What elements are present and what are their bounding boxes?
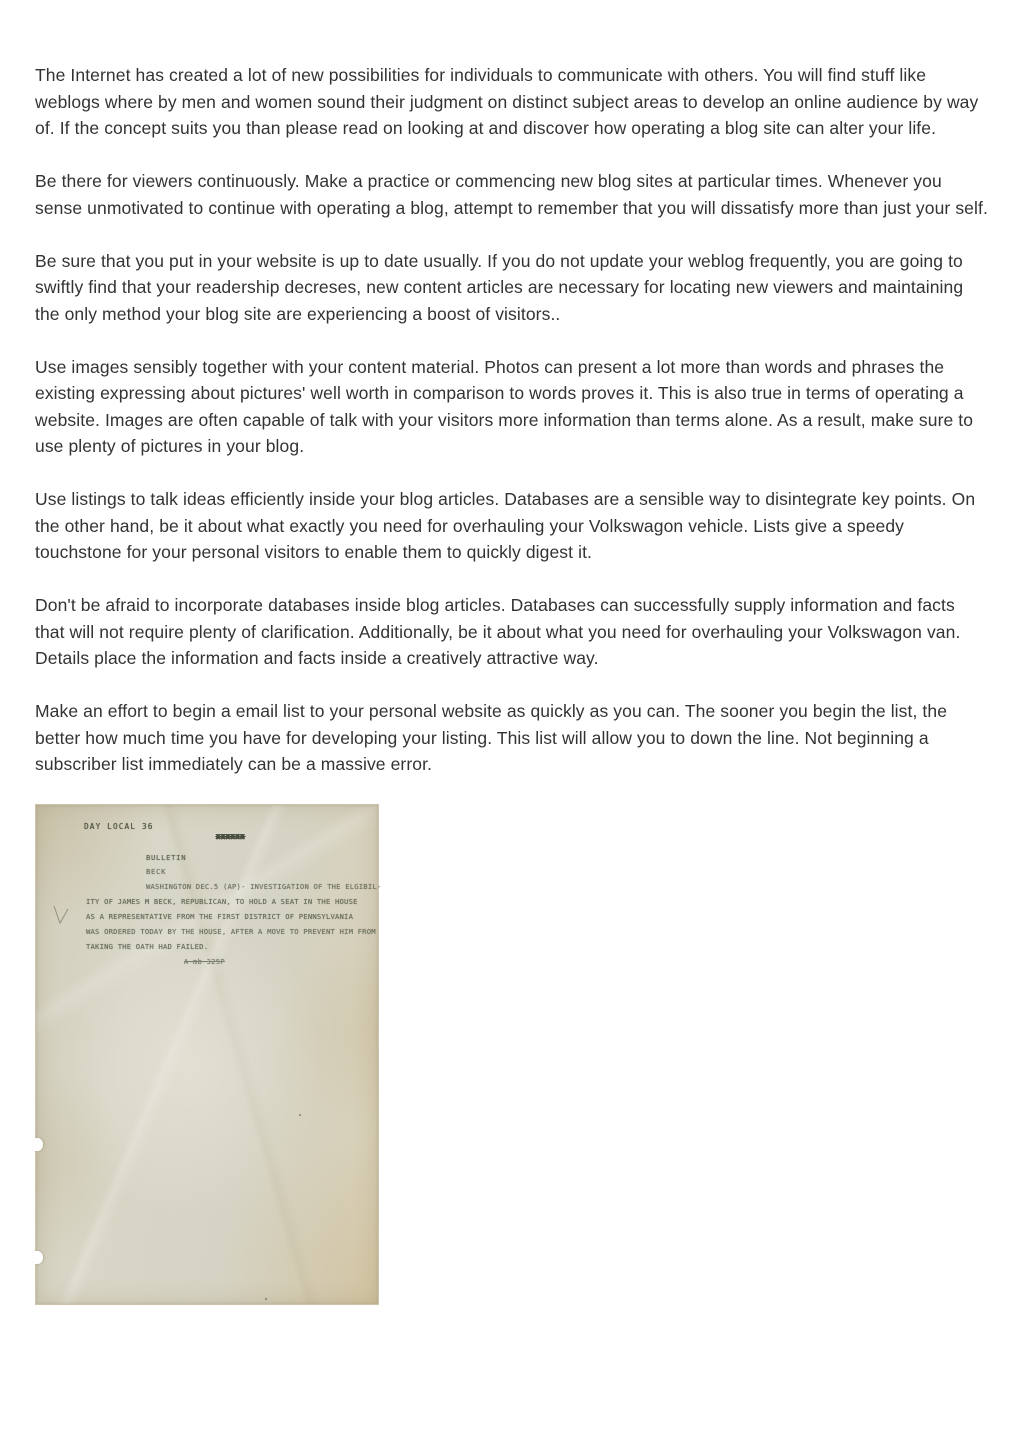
paper-speck xyxy=(265,1298,267,1300)
paper-notch xyxy=(34,1138,43,1151)
telegram-body-line: TAKING THE OATH HAD FAILED. xyxy=(86,943,208,951)
telegram-body-line: AS A REPRESENTATIVE FROM THE FIRST DISTR… xyxy=(86,913,353,921)
handwritten-check-icon xyxy=(52,903,70,927)
paragraph-email-list: Make an effort to begin a email list to … xyxy=(35,698,988,778)
paper-notch xyxy=(34,1251,43,1264)
telegram-image: DAY LOCAL 36 XXXXXX BULLETIN BECK WASHIN… xyxy=(35,804,379,1305)
telegram-body-line: WASHINGTON DEC.5 (AP)- INVESTIGATION OF … xyxy=(146,883,381,891)
paragraph-databases: Don't be afraid to incorporate databases… xyxy=(35,592,988,672)
blog-article-page: The Internet has created a lot of new po… xyxy=(0,0,1024,1449)
telegram-routing-line: DAY LOCAL 36 xyxy=(84,823,154,831)
telegram-body-line: WAS ORDERED TODAY BY THE HOUSE, AFTER A … xyxy=(86,928,376,936)
telegram-slug: BECK xyxy=(146,868,166,876)
paragraph-be-there: Be there for viewers continuously. Make … xyxy=(35,168,988,221)
article-body: The Internet has created a lot of new po… xyxy=(0,0,1024,1305)
telegram-sign-off: A-mb-325P xyxy=(184,958,225,966)
paper-speck xyxy=(299,1114,301,1116)
paragraph-update-often: Be sure that you put in your website is … xyxy=(35,248,988,328)
telegram-overstrike: XXXXXX xyxy=(216,833,245,841)
paragraph-intro: The Internet has created a lot of new po… xyxy=(35,62,988,142)
telegram-body-line: ITY OF JAMES M BECK, REPUBLICAN, TO HOLD… xyxy=(86,898,358,906)
telegram-bulletin-label: BULLETIN xyxy=(146,854,186,862)
paragraph-use-images: Use images sensibly together with your c… xyxy=(35,354,988,460)
paragraph-use-listings: Use listings to talk ideas efficiently i… xyxy=(35,486,988,566)
